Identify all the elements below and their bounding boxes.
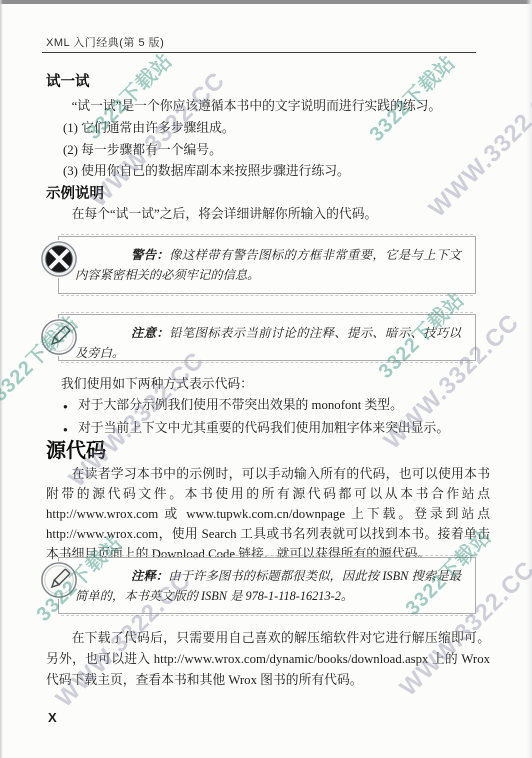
scan-edge-left — [0, 0, 3, 758]
tryit-steps: (1) 它们通常由许多步骤组成。 (2) 每一步骤都有一个编号。 (3) 使用你… — [46, 118, 490, 183]
section-title-example: 示例说明 — [46, 182, 490, 203]
bullet-item: ● 对于大部分示例我们使用不带突出效果的 monofont 类型。 — [46, 395, 490, 418]
pencil-icon — [40, 318, 78, 356]
isbn-note-box: 注释：由于许多图书的标题都很类似，因此按 ISBN 搜索是最简单的，本书英文版的… — [58, 557, 476, 614]
tryit-step: (1) 它们通常由许多步骤组成。 — [46, 118, 490, 140]
isbn-label: 注释： — [131, 569, 168, 583]
scan-edge-right — [526, 0, 532, 758]
bullet-icon: ● — [63, 395, 78, 418]
pencil-icon — [40, 561, 78, 599]
warning-icon — [40, 240, 78, 278]
note-label: 注意： — [131, 326, 169, 340]
note-text: 注意：铅笔图标表示当前讨论的注释、提示、暗示、技巧以及旁白。 — [75, 323, 461, 363]
section-title-source-code: 源代码 — [46, 434, 490, 463]
header-rule — [42, 52, 476, 53]
isbn-text: 注释：由于许多图书的标题都很类似，因此按 ISBN 搜索是最简单的，本书英文版的… — [75, 566, 461, 606]
running-header: XML 入门经典(第 5 版) — [46, 34, 490, 50]
tryit-intro: “试一试”是一个你应该遵循本书中的文字说明而进行实践的练习。 — [46, 96, 490, 117]
section-title-tryit: 试一试 — [46, 70, 490, 91]
download-paragraph: 在下载了代码后，只需要用自己喜欢的解压缩软件对它进行解压缩即可。另外，也可以进入… — [46, 628, 490, 691]
bullet-text: 对于大部分示例我们使用不带突出效果的 monofont 类型。 — [78, 395, 403, 418]
source-code-paragraph: 在读者学习本书中的示例时，可以手动输入所有的代码，也可以使用本书附带的源代码文件… — [46, 464, 490, 564]
warning-box: 警告：像这样带有警告图标的方框非常重要，它是与上下文内容紧密相关的必须牢记的信息… — [58, 236, 476, 294]
tryit-step: (3) 使用你自己的数据库副本来按照步骤进行练习。 — [46, 161, 490, 183]
tryit-step: (2) 每一步骤都有一个编号。 — [46, 140, 490, 162]
warning-label: 警告： — [131, 248, 169, 262]
scanned-book-page: XML 入门经典(第 5 版) 试一试 “试一试”是一个你应该遵循本书中的文字说… — [0, 0, 532, 758]
scan-edge-top — [0, 0, 532, 4]
warning-text: 警告：像这样带有警告图标的方框非常重要，它是与上下文内容紧密相关的必须牢记的信息… — [75, 245, 461, 285]
note-box: 注意：铅笔图标表示当前讨论的注释、提示、暗示、技巧以及旁白。 — [58, 314, 476, 361]
example-paragraph: 在每个“试一试”之后，将会详细讲解你所输入的代码。 — [46, 204, 490, 225]
code-styles-intro: 我们使用如下两种方式表示代码： — [46, 374, 490, 395]
page-number: X — [48, 710, 57, 725]
